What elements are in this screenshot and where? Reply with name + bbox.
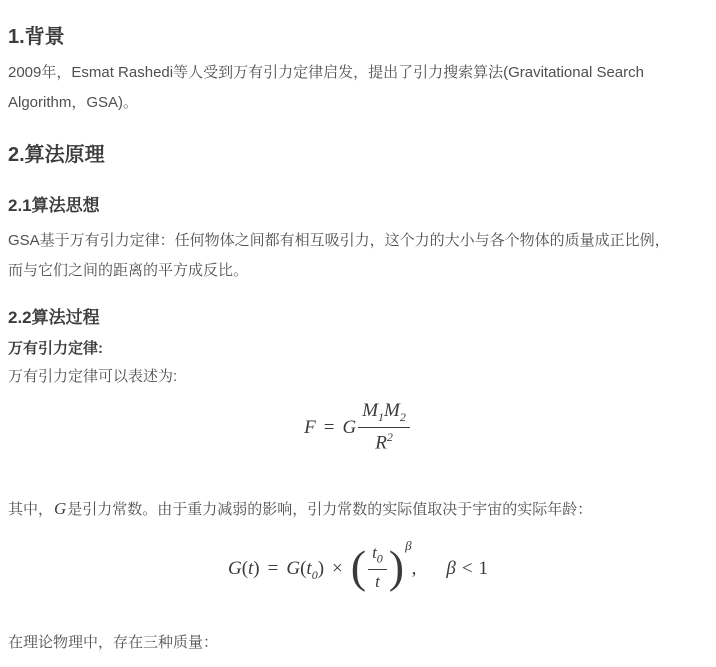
fraction-denominator: t [368,570,387,592]
paragraph-background: 2009年，Esmat Rashedi等人受到万有引力定律启发，提出了引力搜索算… [8,58,708,118]
math-comma: , [412,558,417,579]
math-expression: G(t)=G(t0)×(t0t)β,β<1 [228,558,488,579]
label-gravity-law: 万有引力定律: [8,338,708,360]
paragraph-three-masses: 在理论物理中，存在三种质量： [8,632,708,654]
heading-algorithm-process: 2.2算法过程 [8,308,708,328]
article-content: 1.背景 2009年，Esmat Rashedi等人受到万有引力定律启发，提出了… [8,26,708,654]
fraction-numerator: M1M2 [358,400,410,428]
formula-newton-gravity: F=GM1M2R2 [8,402,708,456]
inline-math-g: G [53,499,67,518]
heading-background: 1.背景 [8,26,708,48]
math-expression: F=GM1M2R2 [304,417,412,438]
math-token-m1: M [362,400,378,421]
math-token-r: R [375,432,387,453]
math-equals: = [316,417,343,438]
paragraph-algorithm-idea: GSA基于万有引力定律：任何物体之间都有相互吸引力，这个力的大小与各个物体的质量… [8,226,708,286]
fraction: M1M2R2 [358,400,410,454]
math-token-g: G [342,417,356,438]
math-less-than: < [456,558,479,579]
math-subscript: 2 [400,410,406,424]
math-token-f: F [304,417,316,438]
math-exponent-beta: β [405,538,411,554]
fraction-numerator: t0 [368,543,387,569]
math-subscript: 0 [377,552,383,566]
math-token-one: 1 [479,558,489,579]
paragraph-gravity-constant: 其中，G是引力常数。由于重力减弱的影响，引力常数的实际值取决于宇宙的实际年龄： [8,498,708,521]
math-token-g: G [228,558,242,579]
fraction: t0t [368,543,387,591]
math-condition: β<1 [446,558,488,579]
math-superscript: 2 [387,430,393,444]
math-token-g: G [286,558,300,579]
formula-gravity-constant-age: G(t)=G(t0)×(t0t)β,β<1 [8,545,708,593]
math-token-m2: M [384,400,400,421]
math-paren: ) [253,558,259,579]
heading-algorithm-idea: 2.1算法思想 [8,196,708,216]
paragraph-law-intro: 万有引力定律可以表述为: [8,366,708,388]
math-token-beta: β [446,558,455,579]
math-big-paren-open: ( [351,541,366,592]
math-equals: = [260,558,287,579]
heading-principle: 2.算法原理 [8,144,708,166]
text-segment: 其中， [8,501,53,518]
fraction-denominator: R2 [358,428,410,454]
math-times: × [324,558,351,579]
math-big-paren-close: ) [389,541,404,592]
text-segment: 是引力常数。由于重力减弱的影响，引力常数的实际值取决于宇宙的实际年龄： [67,501,592,518]
